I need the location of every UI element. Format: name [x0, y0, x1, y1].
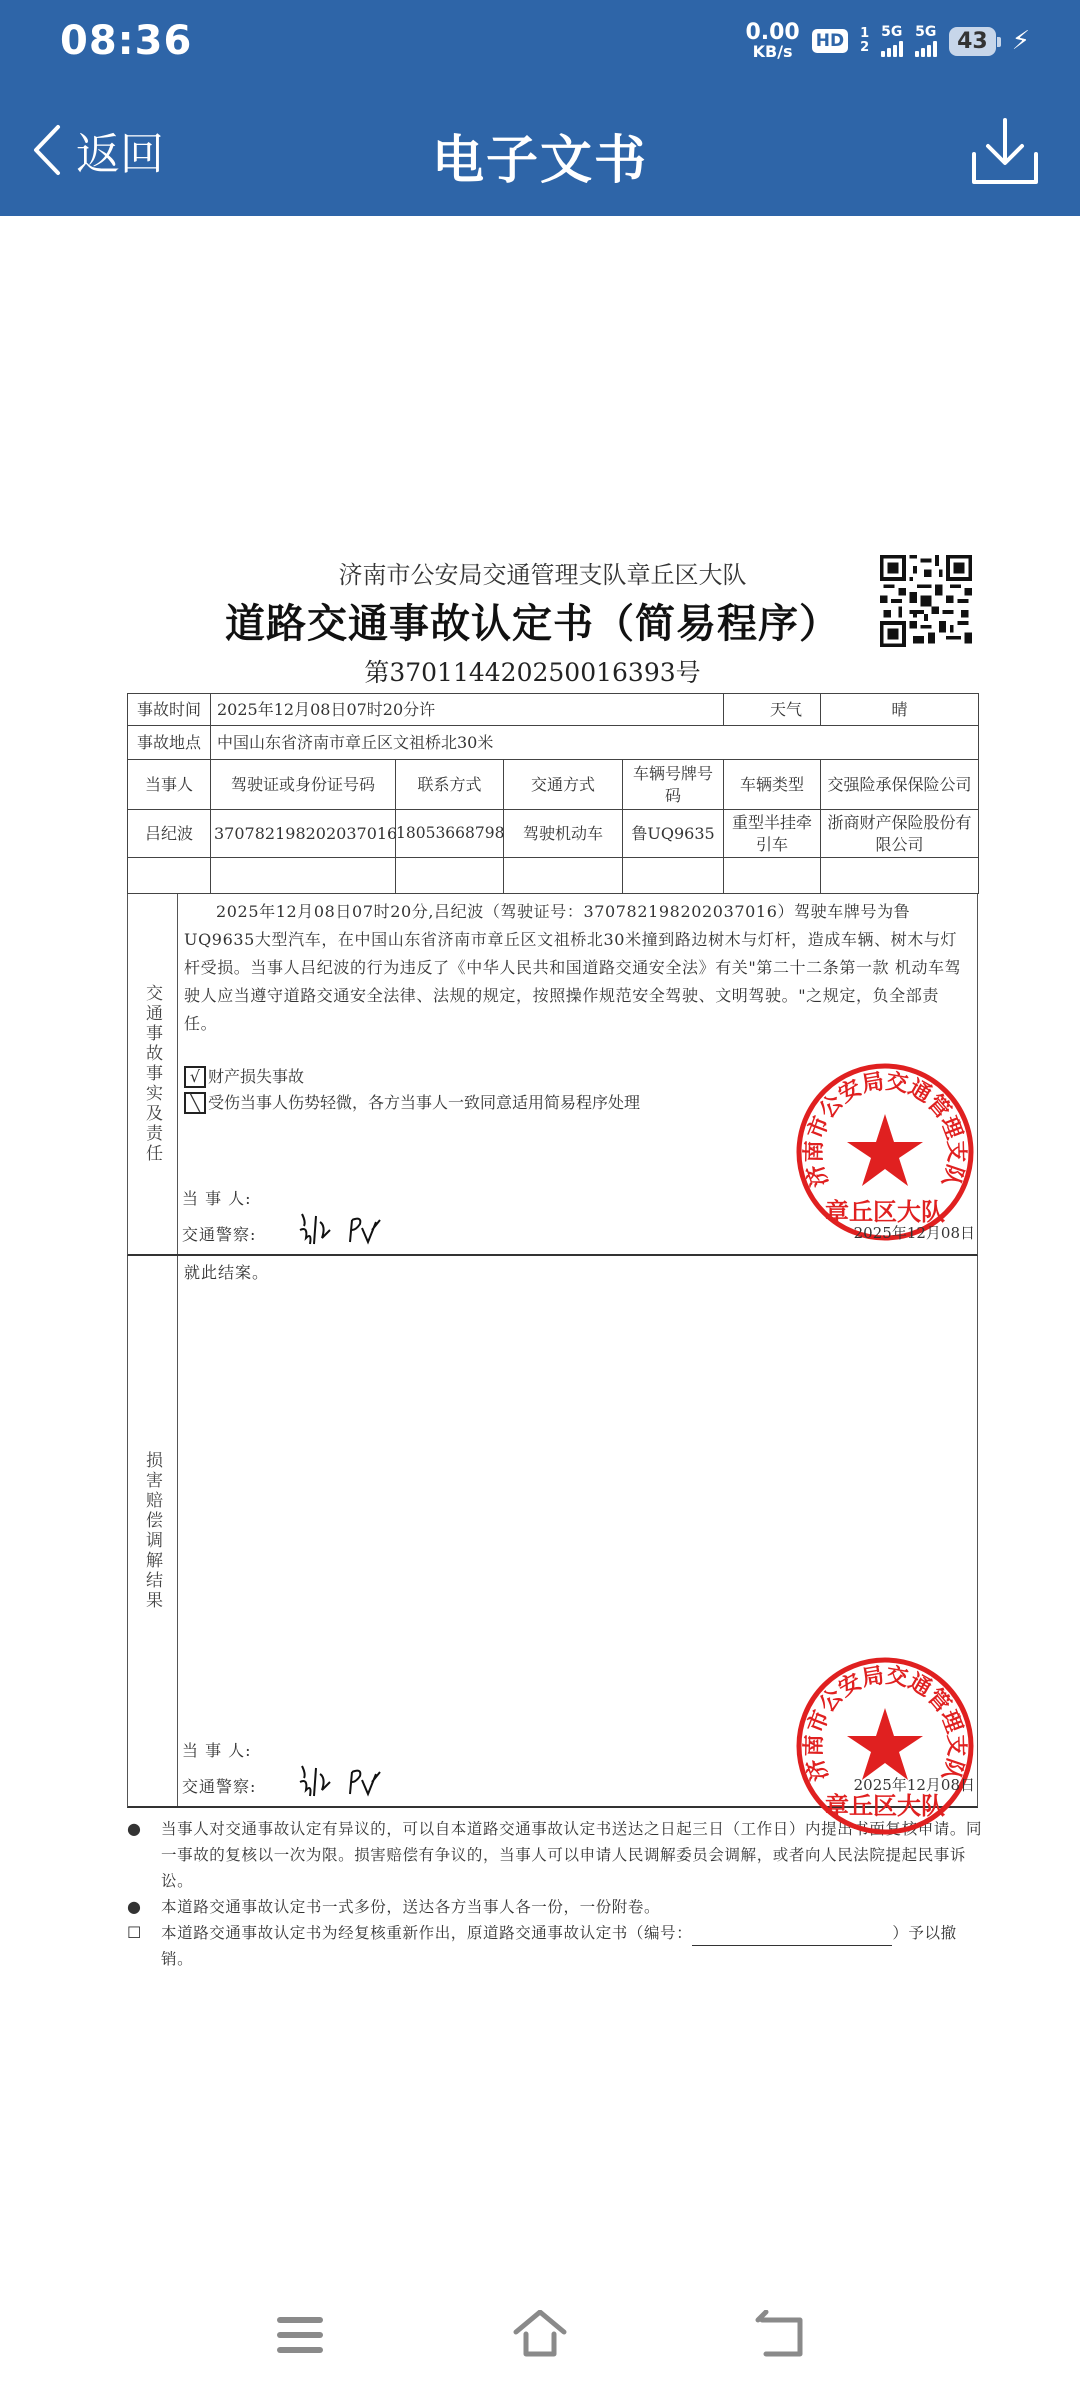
issuer: 济南市公安局交通管理支队章丘区大队 [107, 555, 978, 590]
accident-place-label: 事故地点 [128, 726, 211, 760]
empty-cell [821, 858, 979, 894]
sim-1-number: 1 [860, 27, 869, 41]
accident-certificate: 济南市公安局交通管理支队章丘区大队 道路交通事故认定书（简易程序） 第37011… [127, 555, 978, 1972]
chevron-left-icon [32, 124, 62, 176]
party-contact: 18053668798 [396, 810, 504, 858]
party-traffic-mode: 驾驶机动车 [504, 810, 623, 858]
note-text: 本道路交通事故认定书一式多份，送达各方当事人各一份，一份附卷。 [151, 1894, 987, 1920]
party-plate-number: 鲁UQ9635 [623, 810, 724, 858]
notes-list: ● 当事人对交通事故认定有异议的，可以自本道路交通事故认定书送达之日起三日（工作… [127, 1816, 987, 1972]
sim-2-number: 2 [860, 41, 869, 55]
party-sign-label: 当 事 人: [182, 1186, 252, 1209]
empty-cell [724, 858, 821, 894]
party-insurer: 浙商财产保险股份有限公司 [821, 810, 979, 858]
accident-place-row: 事故地点 中国山东省济南市章丘区文祖桥北30米 [128, 726, 979, 760]
accident-place-value: 中国山东省济南市章丘区文祖桥北30米 [211, 726, 979, 760]
back-button[interactable]: 返回 [32, 118, 164, 182]
header-traffic-mode: 交通方式 [504, 760, 623, 810]
status-time: 08:36 [60, 18, 192, 64]
mediation-section: 损害赔偿调解结果 就此结案。 济南市公安局交通管理支队 章丘区大队 当 事 人:… [127, 1256, 978, 1808]
weather-value: 晴 [821, 694, 979, 726]
bullet-icon: ● [127, 1894, 151, 1920]
download-icon [970, 118, 1040, 186]
qr-code [880, 555, 972, 647]
signal-1-label: 5G [881, 25, 902, 39]
original-number-blank [692, 1928, 892, 1946]
bolt-icon: ⚡ [1012, 26, 1030, 56]
back-label: 返回 [76, 118, 164, 182]
party-name: 吕纪波 [128, 810, 211, 858]
facts-side-label-cell: 交通事故事实及责任 [128, 894, 178, 1254]
empty-cell [396, 858, 504, 894]
signal-2-label: 5G [915, 25, 936, 39]
facts-text: 2025年12月08日07时20分,吕纪波（驾驶证号：3707821982020… [184, 898, 971, 1038]
empty-cell [504, 858, 623, 894]
sim-numbers: 1 2 [860, 27, 869, 54]
note-item: ☐ 本道路交通事故认定书为经复核重新作出，原道路交通事故认定书（编号：）予以撤销… [127, 1920, 987, 1972]
status-icons: 0.00 KB/s HD 1 2 5G 5G 43 ⚡ [745, 22, 1030, 60]
home-button[interactable] [510, 2310, 570, 2360]
accident-info-table: 事故时间 2025年12月08日07时20分许 天气 晴 事故地点 中国山东省济… [127, 693, 979, 894]
accident-time-label: 事故时间 [128, 694, 211, 726]
table-row [128, 858, 979, 894]
header-plate-number: 车辆号牌号码 [623, 760, 724, 810]
empty-cell [128, 858, 211, 894]
header-vehicle-type: 车辆类型 [724, 760, 821, 810]
back-nav-button[interactable] [750, 2310, 810, 2360]
signal-icon-1: 5G [881, 25, 903, 57]
signal-icon-2: 5G [915, 25, 937, 57]
party-id-number: 370782198202037016 [211, 810, 396, 858]
checkbox-struck: ╲ [184, 1092, 206, 1114]
police-signature [296, 1760, 396, 1800]
official-seal-icon: 济南市公安局交通管理支队 章丘区大队 [795, 1656, 975, 1836]
facts-side-label: 交通事故事实及责任 [140, 984, 165, 1164]
back-icon [750, 2310, 810, 2360]
mediation-side-label: 损害赔偿调解结果 [140, 1451, 165, 1611]
mediation-date: 2025年12月08日 [854, 1774, 975, 1795]
system-nav-bar [0, 2290, 1080, 2380]
police-signature [296, 1208, 396, 1248]
battery-icon: 43 [949, 27, 996, 56]
header-contact: 联系方式 [396, 760, 504, 810]
menu-icon [270, 2310, 330, 2360]
checkbox-checked: √ [184, 1066, 206, 1088]
facts-date: 2025年12月08日 [854, 1222, 975, 1243]
facts-section: 交通事故事实及责任 2025年12月08日07时20分,吕纪波（驾驶证号：370… [127, 894, 978, 1256]
police-sign-label: 交通警察: [182, 1774, 256, 1797]
party-sign-label: 当 事 人: [182, 1738, 252, 1761]
checkbox-empty-icon: ☐ [127, 1920, 151, 1972]
app-header: 08:36 0.00 KB/s HD 1 2 5G 5G 43 ⚡ 返回 电子文… [0, 0, 1080, 216]
table-row: 吕纪波 370782198202037016 18053668798 驾驶机动车… [128, 810, 979, 858]
check-label: 财产损失事故 [208, 1064, 304, 1090]
official-seal-icon: 济南市公安局交通管理支队 章丘区大队 [795, 1062, 975, 1242]
home-icon [510, 2310, 570, 2360]
note-text: 本道路交通事故认定书为经复核重新作出，原道路交通事故认定书（编号：）予以撤销。 [151, 1920, 987, 1972]
note-item: ● 本道路交通事故认定书一式多份，送达各方当事人各一份，一份附卷。 [127, 1894, 987, 1920]
net-speed-unit: KB/s [753, 44, 793, 60]
empty-cell [211, 858, 396, 894]
mediation-text: 就此结案。 [184, 1260, 971, 1283]
download-button[interactable] [970, 118, 1040, 186]
mediation-side-label-cell: 损害赔偿调解结果 [128, 1256, 178, 1806]
header-party: 当事人 [128, 760, 211, 810]
police-sign-label: 交通警察: [182, 1222, 256, 1245]
check-label: 受伤当事人伤势轻微，各方当事人一致同意适用简易程序处理 [208, 1090, 640, 1116]
note-text-before: 本道路交通事故认定书为经复核重新作出，原道路交通事故认定书（编号： [161, 1924, 692, 1942]
network-speed: 0.00 KB/s [745, 22, 799, 60]
header-insurer: 交强险承保保险公司 [821, 760, 979, 810]
document-number: 第370114420250016393号 [87, 653, 978, 689]
bullet-icon: ● [127, 1816, 151, 1894]
net-speed-value: 0.00 [745, 22, 799, 44]
party-vehicle-type: 重型半挂牵引车 [724, 810, 821, 858]
header-id-number: 驾驶证或身份证号码 [211, 760, 396, 810]
empty-cell [623, 858, 724, 894]
weather-label: 天气 [724, 694, 821, 726]
document-title: 道路交通事故认定书（简易程序） [87, 592, 978, 649]
party-table-header: 当事人 驾驶证或身份证号码 联系方式 交通方式 车辆号牌号码 车辆类型 交强险承… [128, 760, 979, 810]
hd-volte-icon: HD [812, 29, 848, 53]
menu-button[interactable] [270, 2310, 330, 2360]
accident-time-value: 2025年12月08日07时20分许 [211, 694, 724, 726]
accident-time-row: 事故时间 2025年12月08日07时20分许 天气 晴 [128, 694, 979, 726]
svg-text:章丘区大队: 章丘区大队 [825, 1791, 945, 1820]
